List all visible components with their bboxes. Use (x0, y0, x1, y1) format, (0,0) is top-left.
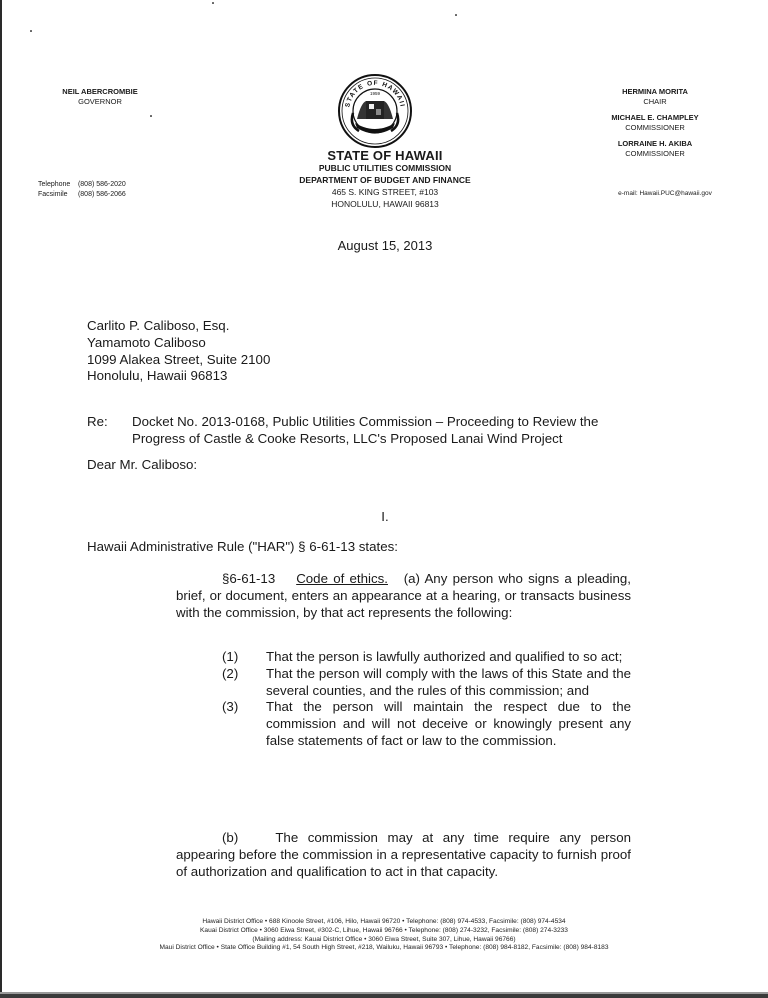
footer-line-kauai-mailing: (Mailing address: Kauai District Office … (0, 936, 768, 945)
telephone-value: (808) 586-2020 (78, 181, 126, 188)
facsimile-value: (808) 586-2066 (78, 191, 126, 198)
scan-speck (212, 2, 214, 4)
rule-item: (3) That the person will maintain the re… (176, 699, 631, 749)
commissioners-block: HERMINA MORITA CHAIR MICHAEL E. CHAMPLEY… (590, 87, 720, 165)
letter-date: August 15, 2013 (250, 238, 520, 253)
recipient-line: Carlito P. Caliboso, Esq. (87, 318, 270, 335)
svg-text:1959: 1959 (370, 91, 381, 96)
rule-item: (2) That the person will comply with the… (176, 666, 631, 700)
scan-speck (455, 14, 457, 16)
recipient-line: Honolulu, Hawaii 96813 (87, 368, 270, 385)
rule-item-text: That the person is lawfully authorized a… (266, 649, 631, 666)
subject-text-line: Progress of Castle & Cooke Resorts, LLC'… (132, 431, 712, 448)
commissioner-3: LORRAINE H. AKIBA COMMISSIONER (590, 139, 720, 159)
commissioner-name: MICHAEL E. CHAMPLEY (590, 113, 720, 123)
subject-text-line: Docket No. 2013-0168, Public Utilities C… (132, 414, 712, 431)
footer-line-kauai: Kauai District Office • 3060 Eiwa Street… (0, 927, 768, 936)
scan-edge-bottom (0, 994, 768, 998)
commissioner-title: COMMISSIONER (590, 123, 720, 133)
rule-items-list: (1) That the person is lawfully authoriz… (176, 649, 631, 750)
scan-speck (30, 30, 32, 32)
rule-item-number: (3) (222, 699, 238, 716)
recipient-line: 1099 Alakea Street, Suite 2100 (87, 352, 270, 369)
governor-block: NEIL ABERCROMBIE GOVERNOR (40, 87, 160, 107)
governor-title: GOVERNOR (40, 97, 160, 107)
footer-line-maui: Maui District Office • State Office Buil… (0, 944, 768, 953)
facsimile-label: Facsimile (38, 190, 76, 200)
subject-label: Re: (87, 414, 108, 431)
commissioner-name: HERMINA MORITA (590, 87, 720, 97)
commissioner-title: CHAIR (590, 97, 720, 107)
commission-name: PUBLIC UTILITIES COMMISSION (250, 163, 520, 175)
recipient-line: Yamamoto Caliboso (87, 335, 270, 352)
district-offices-footer: Hawaii District Office • 688 Kinoole Str… (0, 918, 768, 953)
telephone-line: Telephone (808) 586-2020 (38, 180, 178, 190)
city-address: HONOLULU, HAWAII 96813 (250, 198, 520, 210)
quoted-rule-para-b: (b) The commission may at any time requi… (176, 830, 631, 880)
state-name: STATE OF HAWAII (250, 148, 520, 163)
commissioner-chair: HERMINA MORITA CHAIR (590, 87, 720, 107)
rule-item-text: That the person will comply with the law… (266, 666, 631, 700)
agency-header: STATE OF HAWAII PUBLIC UTILITIES COMMISS… (250, 148, 520, 210)
department-name: DEPARTMENT OF BUDGET AND FINANCE (250, 175, 520, 187)
rule-para-b-label: (b) (176, 830, 266, 847)
section-heading: I. (370, 509, 400, 526)
scan-edge-left (0, 0, 2, 998)
commissioner-name: LORRAINE H. AKIBA (590, 139, 720, 149)
salutation: Dear Mr. Caliboso: (87, 457, 197, 474)
rule-item-text: That the person will maintain the respec… (266, 699, 631, 749)
recipient-address: Carlito P. Caliboso, Esq. Yamamoto Calib… (87, 318, 270, 385)
rule-item-number: (1) (222, 649, 238, 666)
rule-item: (1) That the person is lawfully authoriz… (176, 649, 631, 666)
commission-email[interactable]: e-mail: Hawaii.PUC@hawaii.gov (590, 190, 740, 197)
state-seal-icon: STATE OF HAWAII 1959 (337, 73, 413, 149)
facsimile-line: Facsimile (808) 586-2066 (38, 190, 178, 200)
footer-line-hawaii: Hawaii District Office • 688 Kinoole Str… (0, 918, 768, 927)
scan-speck (150, 115, 152, 117)
contact-numbers: Telephone (808) 586-2020 Facsimile (808)… (38, 180, 178, 200)
quoted-rule-para-a: §6-61-13 Code of ethics. (a) Any person … (176, 571, 631, 621)
commissioner-title: COMMISSIONER (590, 149, 720, 159)
rule-section-ref: §6-61-13 (176, 571, 275, 586)
telephone-label: Telephone (38, 180, 76, 190)
governor-name: NEIL ABERCROMBIE (40, 87, 160, 97)
intro-paragraph: Hawaii Administrative Rule ("HAR") § 6-6… (87, 539, 398, 556)
street-address: 465 S. KING STREET, #103 (250, 186, 520, 198)
commissioner-2: MICHAEL E. CHAMPLEY COMMISSIONER (590, 113, 720, 133)
rule-item-number: (2) (222, 666, 238, 683)
subject-text: Docket No. 2013-0168, Public Utilities C… (132, 414, 712, 448)
rule-heading: Code of ethics. (296, 571, 388, 586)
